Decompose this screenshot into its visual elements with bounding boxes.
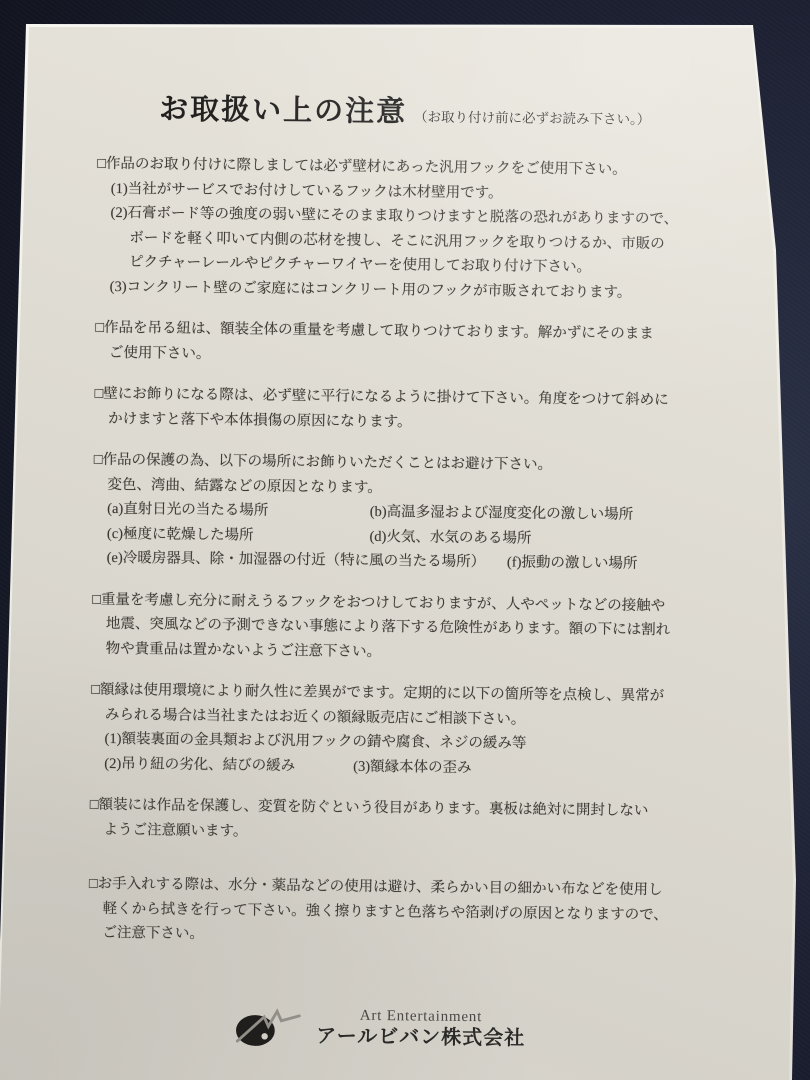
- page-title-row: お取扱い上の注意 （お取り付け前に必ずお読み下さい。）: [98, 86, 712, 134]
- notice-section: □壁にお飾りになる際は、必ず壁に平行になるように掛けて下さい。角度をつけて斜めに…: [94, 382, 709, 438]
- footer: Art Entertainment アールビバン株式会社: [73, 1001, 688, 1056]
- sheet-content: お取扱い上の注意 （お取り付け前に必ずお読み下さい。） □作品のお取り付けに際し…: [87, 86, 712, 1056]
- sections: □作品のお取り付けに際しましては必ず壁材にあった汎用フックをご使用下さい。(1)…: [88, 152, 711, 952]
- notice-section: □作品を吊る紐は、額装全体の重量を考慮して取りつけております。解かずにそのままご…: [95, 316, 710, 372]
- page-title: お取扱い上の注意: [159, 86, 407, 130]
- art-vivant-logo: [235, 1003, 302, 1052]
- notice-section: □作品のお取り付けに際しましては必ず壁材にあった汎用フックをご使用下さい。(1)…: [96, 152, 712, 306]
- notice-section: □額装には作品を保護し、変質を防ぐという役目があります。裏板は絶対に開封しないよ…: [89, 793, 704, 849]
- notice-section: □作品の保護の為、以下の場所にお飾りいただくことはお避け下さい。変色、湾曲、結露…: [93, 448, 708, 577]
- notice-section: □額縁は使用環境により耐久性に差異がでます。定期的に以下の箇所等を点検し、異常が…: [90, 678, 705, 783]
- company-name-jp: アールビバン株式会社: [316, 1024, 525, 1051]
- notice-section: □お手入れする際は、水分・薬品などの使用は避け、柔らかい目の細かい布などを使用し…: [88, 872, 703, 952]
- company-name-en: Art Entertainment: [360, 1007, 483, 1026]
- company-name-block: Art Entertainment アールビバン株式会社: [316, 1006, 525, 1051]
- page-title-note: （お取り付け前に必ずお読み下さい。）: [414, 105, 650, 128]
- instruction-sheet: お取扱い上の注意 （お取り付け前に必ずお読み下さい。） □作品のお取り付けに際し…: [0, 0, 810, 1080]
- notice-section: □重量を考慮し充分に耐えうるフックをおつけしておりますが、人やペットなどの接触や…: [91, 587, 706, 667]
